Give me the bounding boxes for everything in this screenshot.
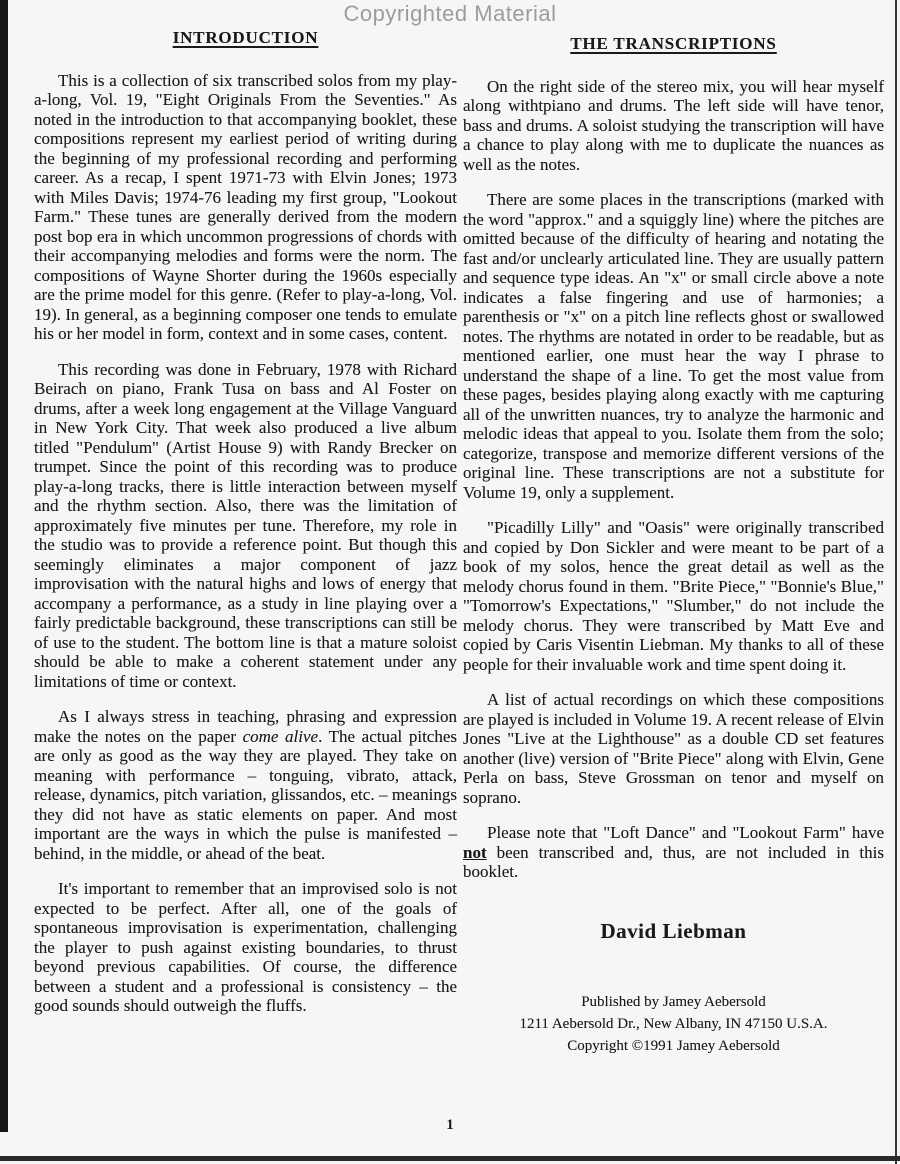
paragraph: This recording was done in February, 197…	[34, 360, 457, 692]
text-segment: Please note that "Loft Dance" and "Looko…	[487, 823, 884, 842]
publisher-address-line: 1211 Aebersold Dr., New Albany, IN 47150…	[463, 1013, 884, 1035]
page-number: 1	[0, 1117, 900, 1134]
text-segment: . The actual pitches are only as good as…	[34, 727, 457, 863]
right-column-heading: THE TRANSCRIPTIONS	[463, 34, 884, 54]
paragraph: This is a collection of six transcribed …	[34, 71, 457, 344]
text-segment: "Picadilly Lilly" and "Oasis" were origi…	[463, 518, 884, 674]
publisher-line: Published by Jamey Aebersold	[463, 991, 884, 1013]
left-column-body: This is a collection of six transcribed …	[34, 71, 457, 1016]
paragraph: "Picadilly Lilly" and "Oasis" were origi…	[463, 518, 884, 674]
paragraph: As I always stress in teaching, phrasing…	[34, 707, 457, 863]
author-signature: David Liebman	[463, 922, 884, 942]
paragraph: There are some places in the transcripti…	[463, 190, 884, 502]
scan-border-right	[895, 0, 897, 1164]
text-segment: On the right side of the stereo mix, you…	[463, 77, 884, 174]
right-column: THE TRANSCRIPTIONS On the right side of …	[463, 34, 884, 1057]
emphasized-text: come alive	[243, 727, 319, 746]
scan-border-left	[0, 0, 8, 1132]
text-segment: There are some places in the transcripti…	[463, 190, 884, 502]
paragraph: It's important to remember that an impro…	[34, 879, 457, 1016]
scan-border-bottom	[0, 1156, 900, 1161]
text-segment: This recording was done in February, 197…	[34, 360, 457, 691]
paragraph: Please note that "Loft Dance" and "Looko…	[463, 823, 884, 882]
text-segment: This is a collection of six transcribed …	[34, 71, 457, 344]
copyright-watermark: Copyrighted Material	[0, 1, 900, 27]
paragraph: On the right side of the stereo mix, you…	[463, 77, 884, 175]
right-column-body: On the right side of the stereo mix, you…	[463, 77, 884, 882]
scanned-page: Copyrighted Material INTRODUCTION This i…	[0, 0, 900, 1164]
text-segment: A list of actual recordings on which the…	[463, 690, 884, 807]
emphasized-text: not	[463, 843, 487, 862]
publisher-block: Published by Jamey Aebersold 1211 Aebers…	[463, 991, 884, 1057]
left-column-heading: INTRODUCTION	[34, 28, 457, 48]
text-segment: It's important to remember that an impro…	[34, 879, 457, 1015]
copyright-line: Copyright ©1991 Jamey Aebersold	[463, 1035, 884, 1057]
text-segment: been transcribed and, thus, are not incl…	[463, 843, 884, 882]
left-column: INTRODUCTION This is a collection of six…	[34, 28, 457, 1016]
paragraph: A list of actual recordings on which the…	[463, 690, 884, 807]
